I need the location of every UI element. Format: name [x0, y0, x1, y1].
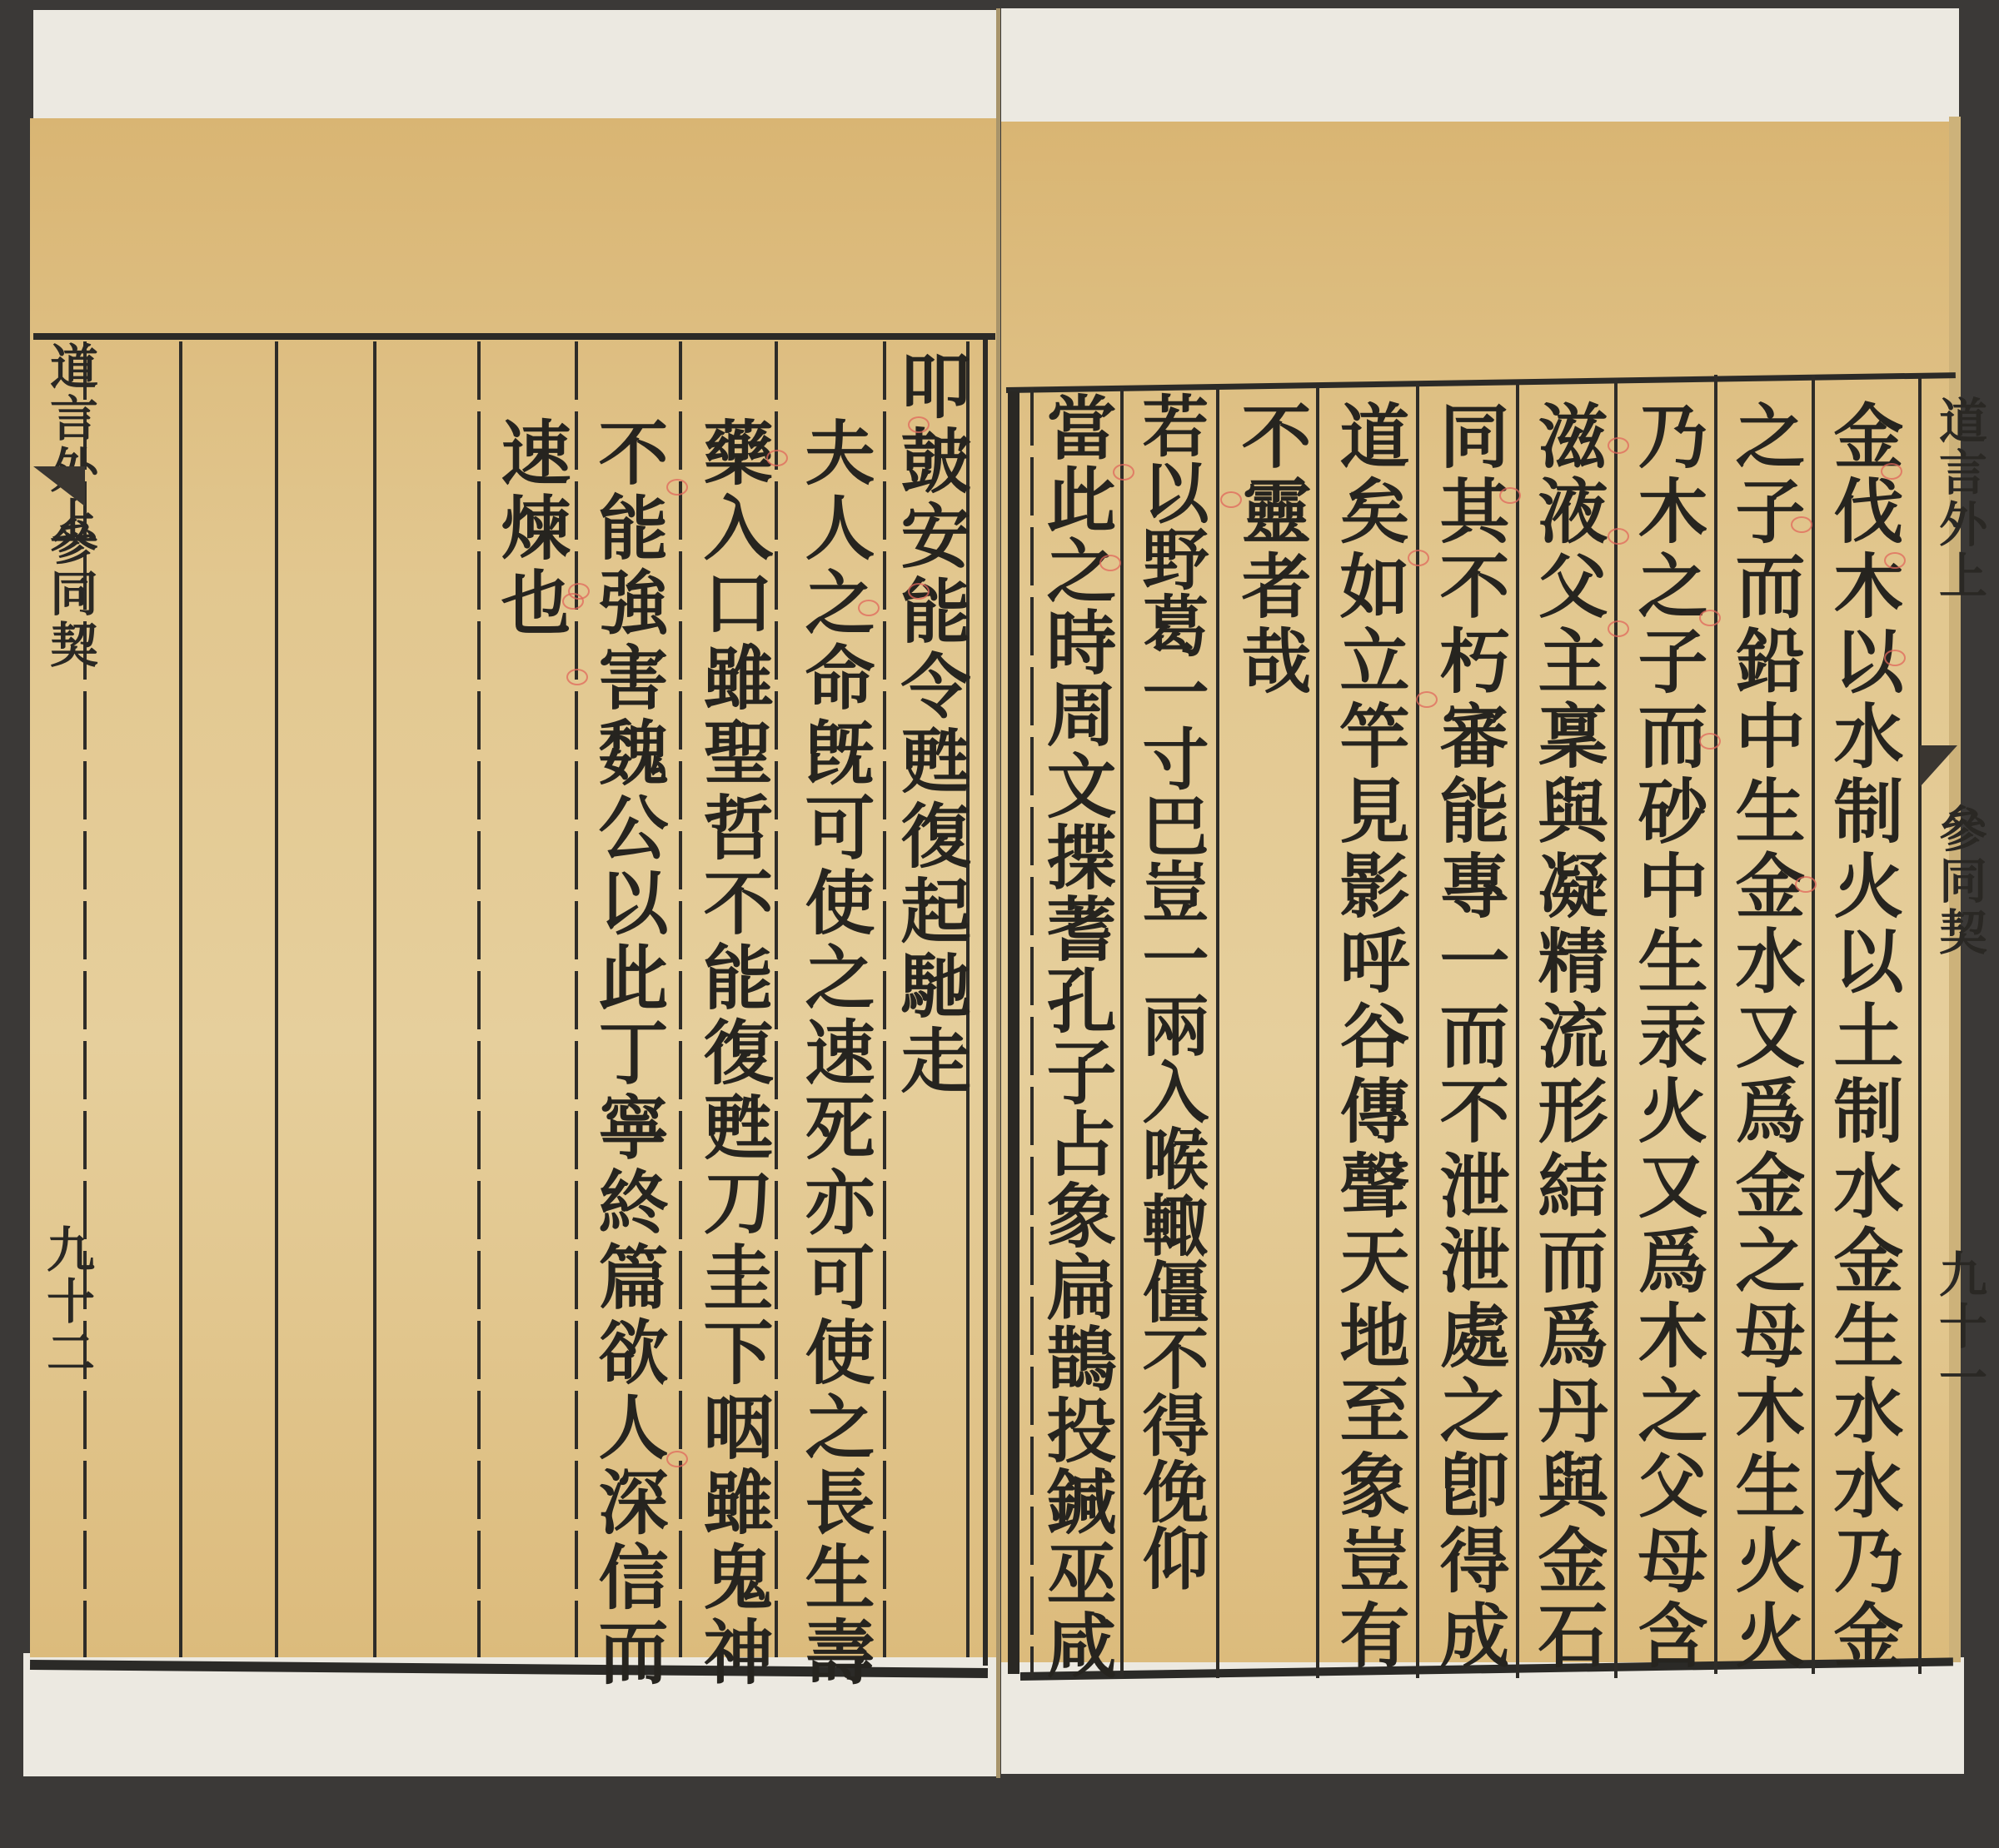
left-text-column-1: 叩皷安能令甦復起馳走: [895, 350, 965, 1099]
punctuation-mark: [568, 583, 590, 600]
left-text-column-4: 不能強害魏公以此丁寧終篇欲人深信而: [593, 416, 663, 1691]
punctuation-mark: [666, 1451, 688, 1467]
right-divider: [1216, 387, 1219, 1678]
punctuation-mark: [1099, 555, 1121, 571]
right-divider: [1120, 387, 1124, 1678]
punctuation-mark: [908, 416, 930, 433]
right-text-column-8: 若以野葛一寸巴豈一兩入喉輙僵不得俛仰: [1137, 391, 1204, 1591]
punctuation-mark: [1699, 733, 1721, 750]
punctuation-mark: [1699, 610, 1721, 626]
right-divider: [1030, 387, 1034, 1678]
right-divider: [1812, 375, 1815, 1674]
right-text-column-4: 滋液父主稟與凝精流形結而爲丹與金石: [1533, 400, 1603, 1674]
left-frame-top: [33, 333, 995, 340]
punctuation-mark: [1608, 620, 1629, 637]
punctuation-mark: [1884, 650, 1906, 666]
punctuation-mark: [1608, 437, 1629, 454]
punctuation-mark: [1795, 876, 1817, 893]
right-gutter-subtitle: 參同契: [1924, 804, 1994, 959]
punctuation-mark: [1416, 691, 1438, 708]
book-spine: [996, 8, 1000, 1778]
punctuation-mark: [1408, 550, 1429, 566]
top-endpaper-left: [33, 10, 998, 127]
punctuation-mark: [1881, 463, 1902, 480]
punctuation-mark: [908, 583, 930, 600]
left-fishtail-icon: [33, 466, 85, 506]
punctuation-mark: [1884, 552, 1906, 569]
top-endpaper-right: [1001, 8, 1959, 125]
right-gutter-page-number: 九十一: [1924, 1249, 1994, 1404]
right-divider: [1516, 383, 1519, 1678]
right-gutter-title: 道言外上: [1924, 396, 1994, 602]
right-divider: [1416, 383, 1419, 1678]
right-text-column-5: 同其不朽審能專一而不泄泄處之卽得成: [1434, 400, 1504, 1674]
left-divider: [477, 341, 481, 1657]
punctuation-mark: [1608, 528, 1629, 545]
punctuation-mark: [1220, 491, 1242, 508]
right-text-column-7: 不靈者哉: [1236, 400, 1306, 700]
punctuation-mark: [1791, 516, 1812, 533]
left-divider: [373, 341, 376, 1657]
right-text-column-6: 道矣如立竿見影呼谷傳聲天地至象豈有: [1334, 400, 1404, 1674]
left-text-column-5: 速煉也: [496, 416, 566, 641]
left-divider: [575, 341, 578, 1657]
punctuation-mark: [1113, 464, 1134, 481]
right-divider: [1316, 387, 1319, 1678]
punctuation-mark: [858, 600, 880, 616]
punctuation-mark: [1499, 487, 1521, 504]
right-divider: [1614, 379, 1618, 1678]
left-divider: [775, 341, 778, 1657]
right-text-column-1: 金伐木以水制火以土制水金生水水乃金: [1828, 400, 1898, 1674]
right-fishtail-icon: [1920, 745, 1957, 787]
right-text-column-9: 當此之時周文揲蓍孔子占象扁鵲投鍼巫咸: [1041, 391, 1111, 1681]
right-gutter-divider: [1918, 375, 1922, 1674]
punctuation-mark: [766, 450, 788, 466]
right-text-column-3: 乃木之子而砂中生汞火又爲木之父母含: [1633, 400, 1702, 1674]
left-divider: [179, 341, 182, 1657]
left-text-column-3: 藥入口雖聖哲不能復甦刀圭下咽雖鬼神: [698, 416, 768, 1691]
left-frame-right: [983, 337, 988, 1666]
right-divider: [1714, 375, 1717, 1674]
left-divider: [883, 341, 886, 1657]
punctuation-mark: [566, 669, 588, 685]
right-frame-left: [1008, 391, 1019, 1674]
left-divider: [275, 341, 278, 1657]
punctuation-mark: [666, 479, 688, 496]
left-gutter-page-number: 九十二: [32, 1224, 102, 1379]
right-text-column-2: 之子而鉛中生金水又爲金之母木生火火: [1730, 400, 1800, 1674]
left-gutter-subtitle: 參同契: [35, 516, 105, 671]
